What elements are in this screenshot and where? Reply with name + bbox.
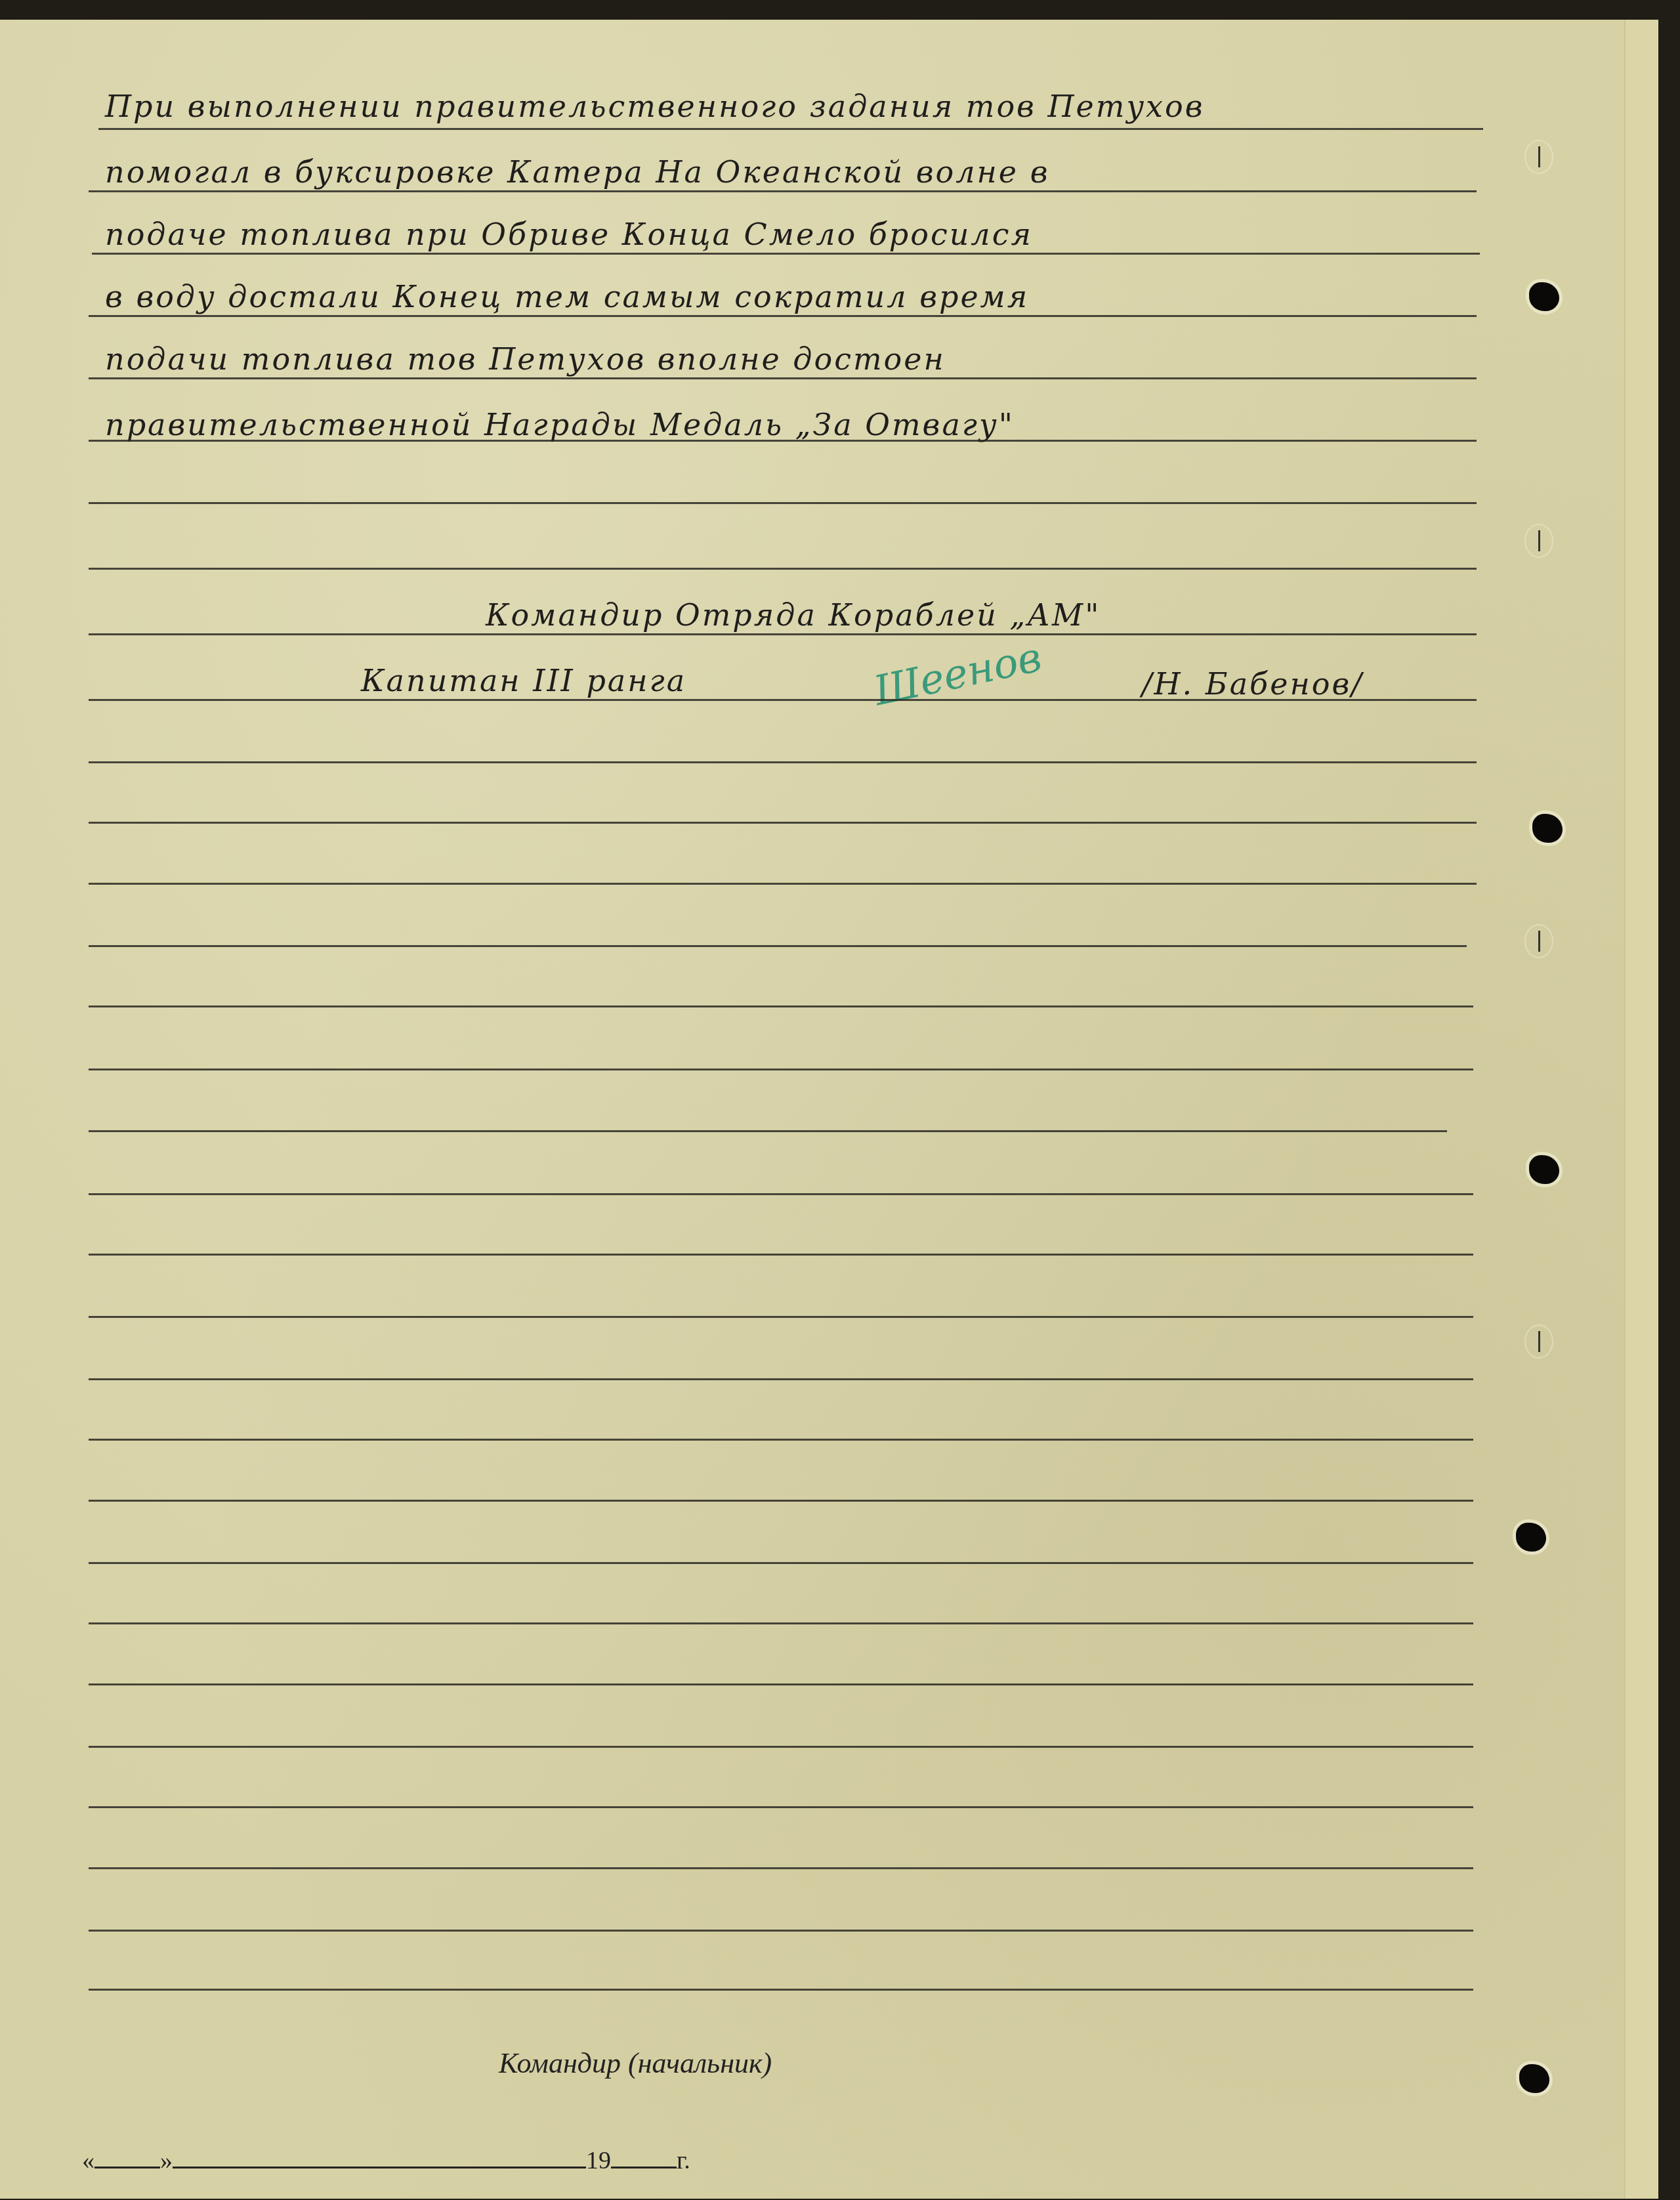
ruled-line xyxy=(89,633,1477,635)
punch-hole xyxy=(1519,2064,1549,2093)
document-sheet: При выполнении правительственного задани… xyxy=(0,20,1657,2199)
ruled-line xyxy=(92,253,1480,255)
commander-label: Командир (начальник) xyxy=(499,2046,772,2080)
page-fold-strip xyxy=(1624,20,1658,2199)
ruled-line xyxy=(89,1068,1473,1070)
year-blank xyxy=(611,2166,677,2168)
ruled-line xyxy=(89,440,1477,442)
punch-hole xyxy=(1532,814,1563,843)
ruled-line xyxy=(89,761,1477,763)
ruled-line xyxy=(89,699,1477,701)
ruled-line xyxy=(98,128,1483,130)
punch-dent xyxy=(1526,525,1552,557)
punch-dent xyxy=(1526,1326,1552,1357)
day-blank xyxy=(94,2166,160,2168)
ruled-line xyxy=(89,1746,1473,1748)
signature-rank-line: Капитан III ранга xyxy=(361,663,686,698)
ruled-line xyxy=(89,1867,1473,1869)
year-prefix: 19 xyxy=(586,2147,611,2174)
ruled-line xyxy=(89,1316,1473,1318)
ruled-line xyxy=(89,1378,1473,1380)
handwritten-line-3: подаче топлива при Обриве Конца Смело бр… xyxy=(105,217,1033,252)
ruled-line xyxy=(89,1930,1473,1932)
ruled-line xyxy=(89,377,1477,379)
ruled-line xyxy=(89,1500,1473,1502)
ruled-line xyxy=(89,822,1477,824)
ruled-line xyxy=(89,1193,1473,1195)
ruled-line xyxy=(89,1562,1473,1564)
ruled-line xyxy=(89,1622,1473,1624)
ruled-line xyxy=(89,568,1477,570)
ruled-line xyxy=(89,1683,1473,1685)
ruled-line xyxy=(89,1254,1473,1256)
date-open-quote: « xyxy=(82,2147,94,2174)
ruled-line xyxy=(89,502,1477,504)
handwritten-line-2: помогал в буксировке Катера На Океанской… xyxy=(105,154,1049,190)
ruled-line xyxy=(89,1130,1447,1132)
ruled-line xyxy=(89,315,1477,317)
month-blank xyxy=(173,2166,586,2168)
ruled-line xyxy=(89,1005,1473,1007)
punch-hole xyxy=(1529,282,1559,311)
punch-dent xyxy=(1526,141,1552,173)
ruled-line xyxy=(89,1806,1473,1808)
ruled-line xyxy=(89,883,1477,885)
year-suffix: г. xyxy=(677,2147,690,2174)
handwritten-line-1: При выполнении правительственного задани… xyxy=(105,89,1205,124)
handwritten-line-6: правительственной Награды Медаль „За Отв… xyxy=(105,407,1015,442)
handwritten-line-4: в воду достали Конец тем самым сократил … xyxy=(105,279,1029,314)
signature-title-line: Командир Отряда Кораблей „АМ" xyxy=(486,597,1101,633)
ruled-line xyxy=(89,1439,1473,1441)
punch-hole xyxy=(1529,1155,1559,1184)
ruled-line xyxy=(89,1989,1473,1991)
handwritten-line-5: подачи топлива тов Петухов вполне достое… xyxy=(105,341,946,377)
ruled-line xyxy=(89,190,1477,192)
date-line: «»19г. xyxy=(82,2146,690,2175)
ruled-line xyxy=(89,945,1467,947)
punch-dent xyxy=(1526,925,1552,957)
signatory-name: /Н. Бабенов/ xyxy=(1142,666,1364,702)
handwritten-signature: Шеенов xyxy=(870,633,1045,715)
punch-hole xyxy=(1516,1523,1546,1552)
date-close-quote: » xyxy=(160,2147,173,2174)
